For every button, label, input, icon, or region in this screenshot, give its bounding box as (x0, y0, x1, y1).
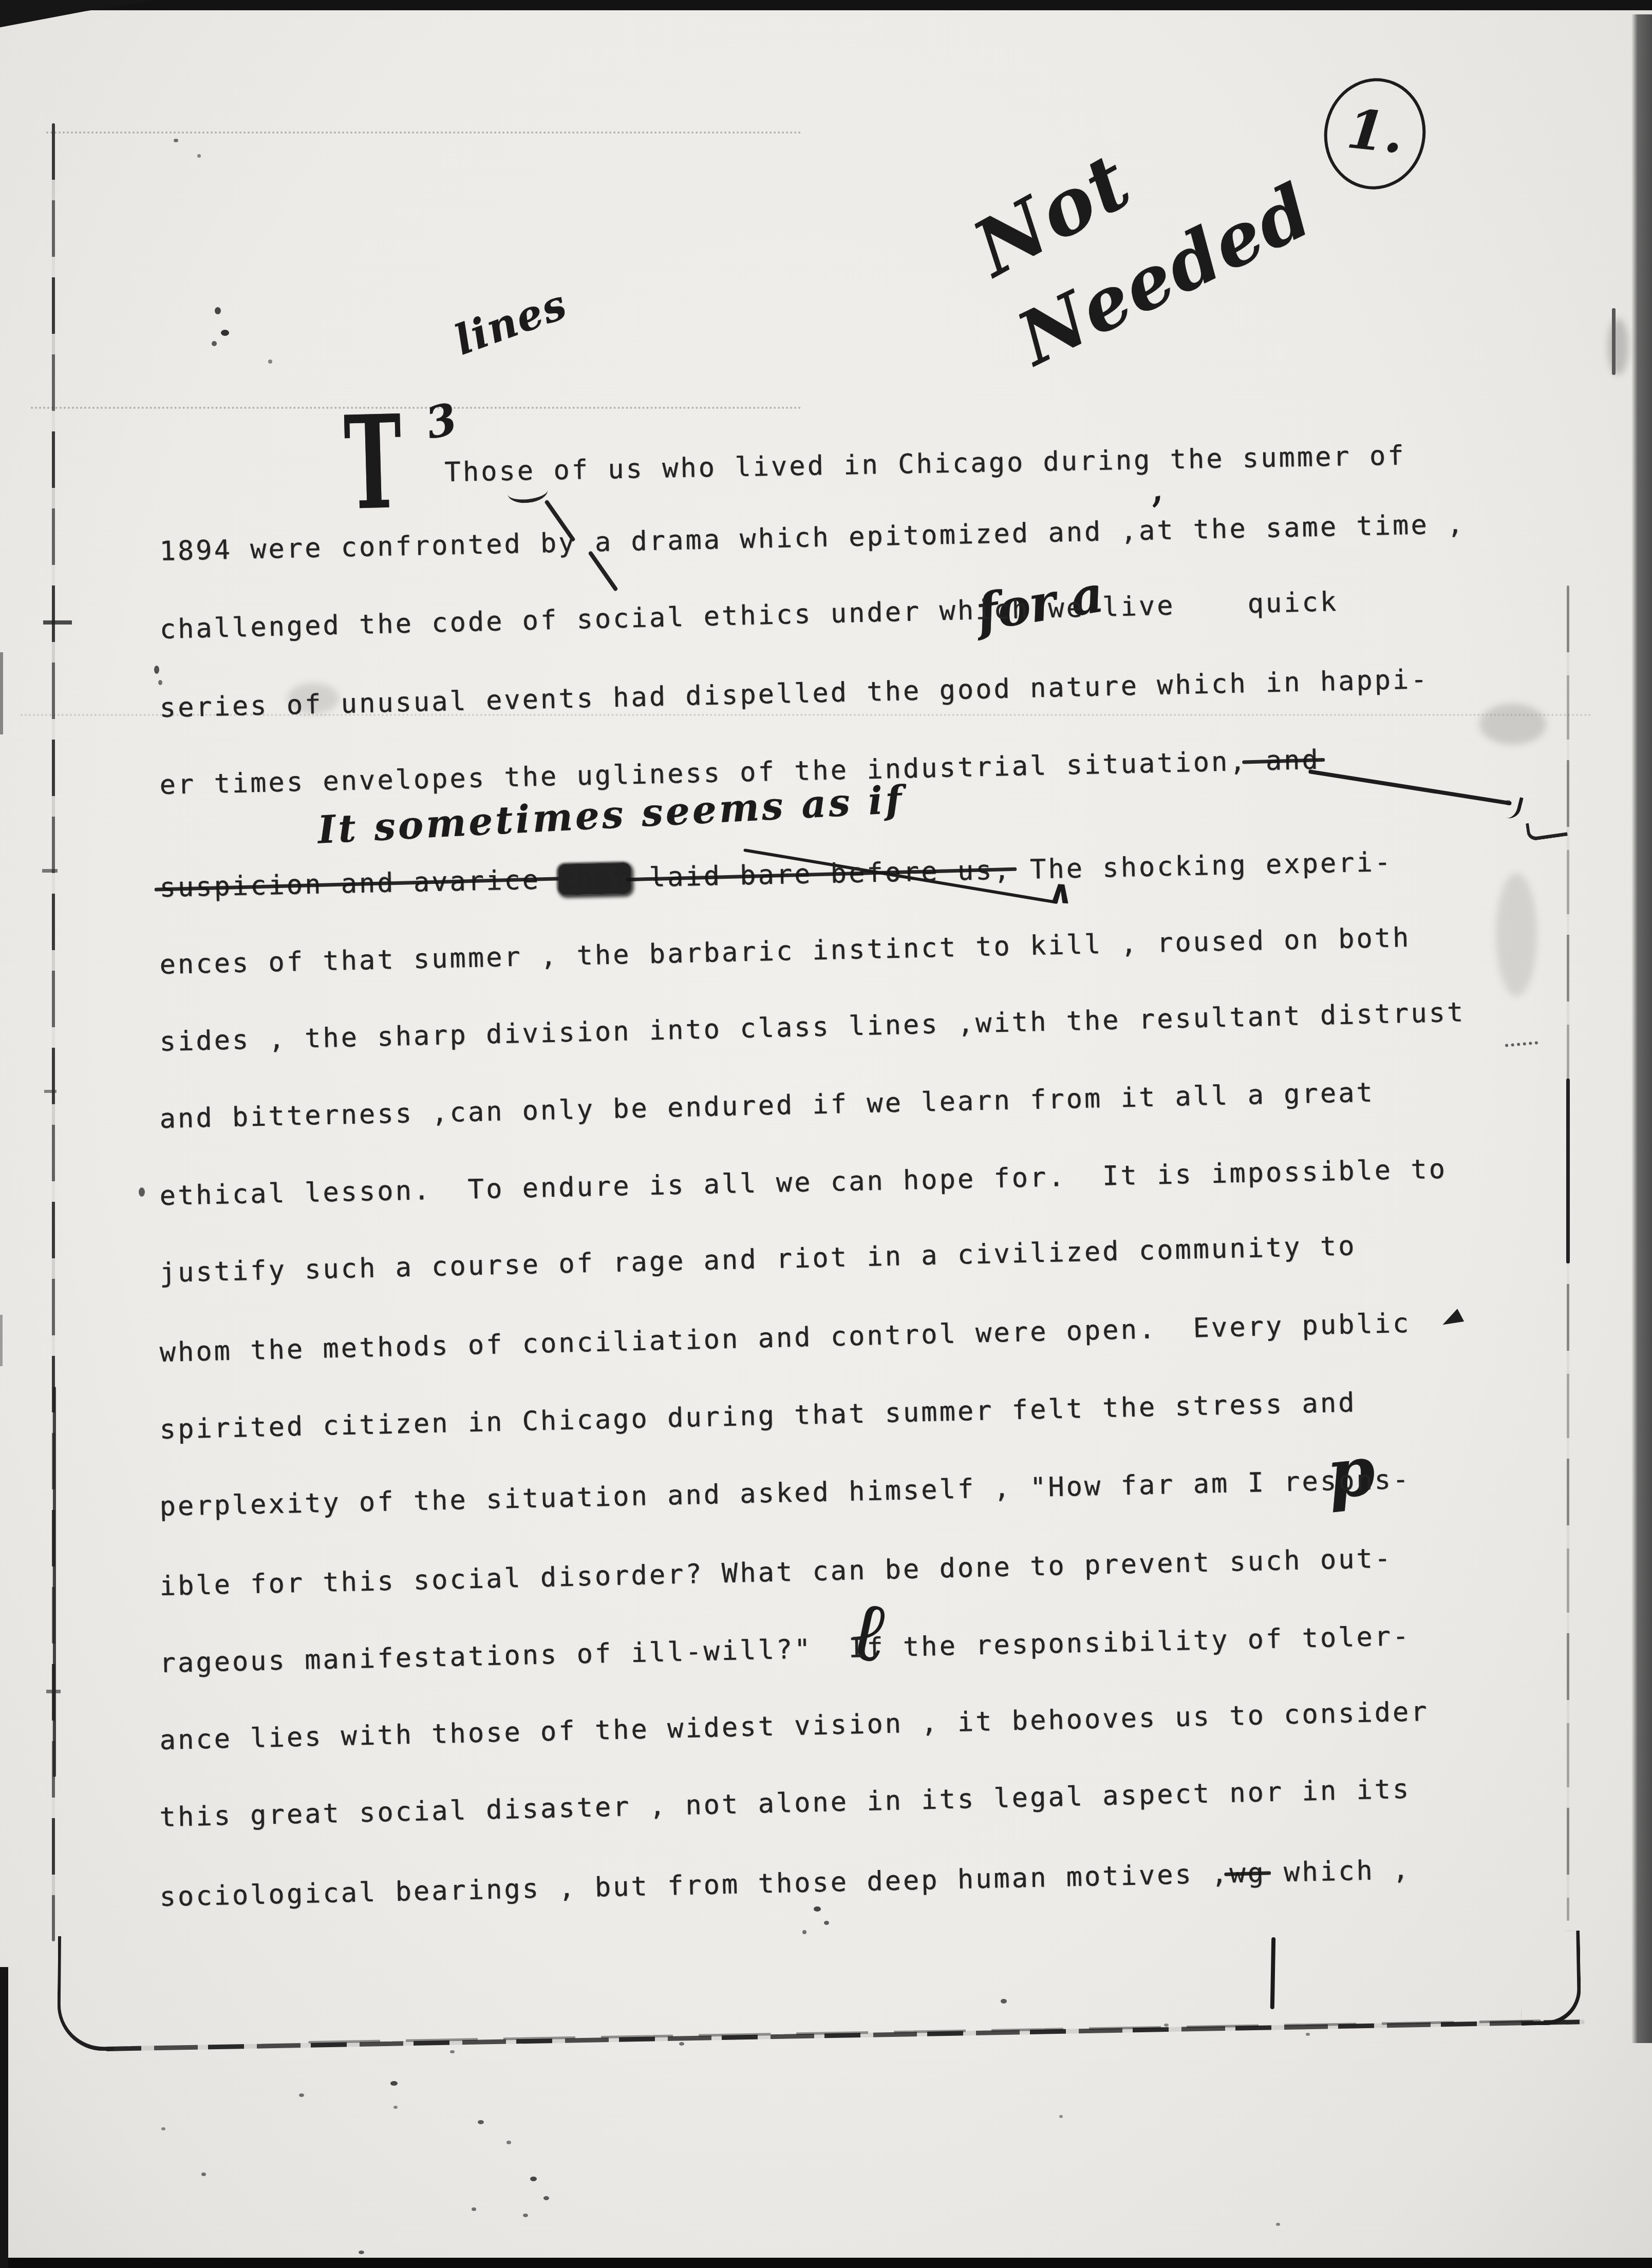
page-right-edge-line-dark (1566, 1079, 1570, 1263)
typed-line: rageous manifestations of ill-will?" If … (159, 1620, 1411, 1680)
noise-dot (530, 2177, 537, 2181)
pen-wedge-mark (1439, 1309, 1464, 1331)
typed-text-segment: ns- (1356, 1464, 1411, 1496)
typed-line: and bitterness ,can only be endured if w… (159, 1076, 1375, 1136)
typed-line: sides , the sharp division into class li… (159, 996, 1466, 1059)
typed-line: perplexity of the situation and asked hi… (159, 1463, 1411, 1523)
scan-right-band (1631, 14, 1652, 2043)
typed-text-segment: The shocking experi- (1011, 847, 1393, 886)
noise-dot (221, 330, 229, 336)
typed-text-segment (1175, 589, 1248, 621)
noise-dot (212, 341, 217, 346)
typed-text-segment: spirited citizen in Chicago during that … (159, 1387, 1357, 1445)
noise-dot (1001, 1999, 1007, 2004)
struck-text: wg (1229, 1858, 1266, 1889)
noise-dot (814, 1906, 821, 1912)
typed-text-segment: Those of us who lived in Chicago during … (444, 440, 1406, 488)
scan-left-edge-mark (0, 652, 3, 734)
noise-dot (1164, 2024, 1169, 2027)
noise-dot (450, 2050, 455, 2053)
noise-dot (1505, 800, 1511, 805)
struck-text: laid bare before us, (631, 855, 1012, 894)
noise-dot (158, 680, 162, 685)
typed-line: whom the methods of conciliation and con… (159, 1307, 1411, 1369)
noise-dot (506, 2141, 511, 2144)
typed-text-segment (812, 1633, 849, 1665)
typed-text-segment: whom the methods of conciliation and con… (159, 1308, 1411, 1368)
noise-dot (268, 360, 272, 364)
margin-tick (43, 620, 72, 625)
noise-dot (523, 2214, 528, 2217)
typed-line: ences of that summer , the barbaric inst… (159, 921, 1411, 981)
noise-dot (472, 2207, 476, 2211)
margin-note-word: lines (448, 279, 573, 364)
scan-smudge (1479, 704, 1546, 745)
typed-text-segment: ences of that summer , the barbaric inst… (159, 922, 1411, 980)
pen-vertical-stroke (1270, 1937, 1275, 2009)
typed-line: justify such a course of rage and riot i… (159, 1230, 1357, 1290)
typed-text-segment: ible for this social disorder? What can … (159, 1543, 1393, 1602)
typed-text-segment: rageous manifestations of ill-will?" (159, 1634, 813, 1679)
noise-dot (197, 154, 201, 158)
page-left-edge-line-dark (53, 1387, 56, 1777)
noise-dot (478, 2120, 484, 2124)
strike-swoosh-hook (1497, 793, 1524, 821)
page-corner-bottom-left (57, 1936, 115, 2051)
typed-text-segment: o (1338, 1465, 1357, 1497)
page-corner-bottom-right (1519, 1931, 1581, 2026)
typed-text-segment: challenged the code of social ethics und… (159, 590, 1175, 645)
typed-text-segment: sides , the sharp division into class li… (159, 997, 1466, 1057)
scan-smudge (1608, 318, 1628, 375)
fold-line (46, 131, 801, 134)
scan-bottom-edge (0, 2258, 1652, 2268)
typed-text-segment: perplexity of the situation and asked hi… (159, 1466, 1339, 1522)
noise-dot (161, 2127, 165, 2130)
typed-text-segment: which , (1265, 1855, 1411, 1888)
noise-dot (299, 2093, 304, 2097)
scan-bottom-left-strip (0, 1967, 8, 2268)
noise-dot (359, 2251, 364, 2254)
typed-text-segment: ance lies with those of the widest visio… (159, 1696, 1429, 1756)
struck-text: suspicion and avarice (159, 864, 559, 903)
margin-tick (46, 1690, 61, 1693)
typed-line: this great social disaster , not alone i… (159, 1773, 1411, 1834)
scan-top-edge (0, 0, 1652, 10)
pen-hook-mark (1526, 818, 1568, 842)
typed-line: spirited citizen in Chicago during that … (159, 1386, 1357, 1446)
typed-text-segment: and bitterness ,can only be endured if w… (159, 1077, 1375, 1135)
typed-text-segment: this great social disaster , not alone i… (159, 1774, 1411, 1833)
pen-dash-mark (1505, 1041, 1538, 1047)
manuscript-page: 1. Not Needed 3 lines T , for a It somet… (0, 0, 1652, 2268)
noise-dot (139, 1187, 145, 1197)
page-bottom-edge-line-2 (308, 2019, 1541, 2044)
page-number: 1. (1342, 79, 1409, 184)
noise-dot (390, 2081, 398, 2086)
noise-dot (174, 139, 178, 142)
noise-dot (154, 666, 159, 674)
inked-out-word: that (558, 863, 631, 895)
fold-line (31, 407, 801, 409)
typed-text-segment: justify such a course of rage and riot i… (159, 1231, 1357, 1289)
noise-dot (1059, 2115, 1063, 2118)
typed-text-segment: If the responsibility of toler- (848, 1621, 1411, 1664)
noise-dot (1276, 2223, 1280, 2226)
noise-dot (215, 307, 221, 314)
noise-dot (393, 2106, 398, 2109)
noise-dot (679, 2042, 684, 2046)
typed-line: ible for this social disorder? What can … (159, 1542, 1393, 1603)
struck-text: and (1247, 745, 1321, 777)
typed-text-segment: sociological bearings , but from those d… (159, 1859, 1230, 1913)
page-number-circle: 1. (1316, 70, 1435, 198)
margin-tick (44, 1090, 57, 1093)
drop-cap-T: T (343, 407, 403, 518)
typed-text-segment: ethical lesson. To endure is all we can … (159, 1154, 1447, 1212)
typed-line: Those of us who lived in Chicago during … (444, 439, 1406, 489)
typed-line: sociological bearings , but from those d… (159, 1854, 1411, 1914)
noise-dot (1306, 2033, 1310, 2036)
scan-smudge (1496, 873, 1537, 996)
scan-left-edge-mark (0, 1315, 3, 1366)
margin-tick (42, 869, 58, 873)
typed-text-segment: quick (1247, 587, 1339, 619)
noise-dot (201, 2172, 206, 2176)
noise-dot (543, 2196, 549, 2200)
noise-dot (824, 1921, 829, 1925)
noise-dot (802, 1930, 806, 1934)
strike-swoosh (1308, 769, 1512, 805)
typed-line: ance lies with those of the widest visio… (159, 1695, 1429, 1757)
margin-note-number: 3 (421, 393, 461, 449)
typed-line: challenged the code of social ethics und… (159, 585, 1339, 646)
typed-line: ethical lesson. To endure is all we can … (159, 1153, 1448, 1213)
insertion-mark: , (1146, 471, 1165, 511)
